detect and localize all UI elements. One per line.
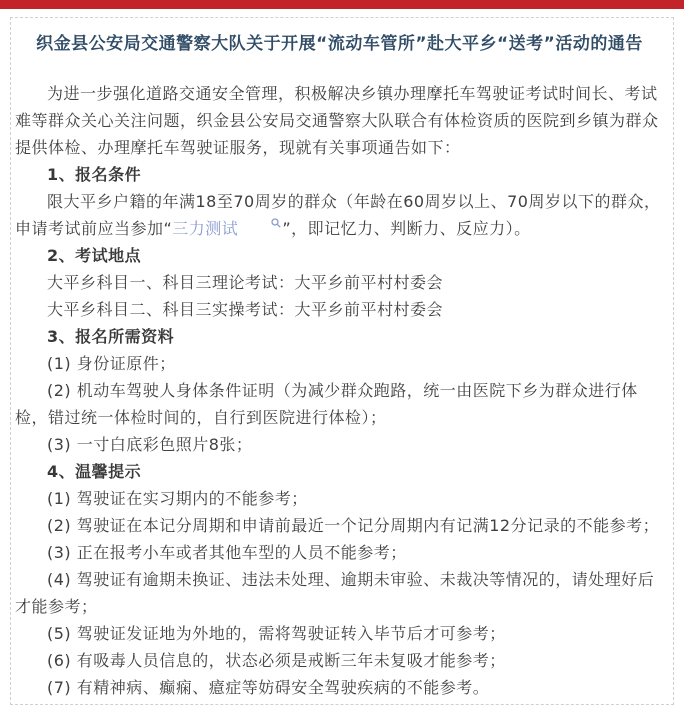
list-item-tip-6: (6) 有吸毒人员信息的，状态必须是戒断三年未复吸才能参考； (15, 647, 664, 674)
top-accent-bar (0, 0, 684, 9)
list-item-materials-3: (3) 一寸白底彩色照片8张； (15, 431, 664, 458)
list-item-tip-7: (7) 有精神病、癫痫、癔症等妨碍安全驾驶疾病的不能参考。 (15, 674, 664, 701)
section-heading-3: 3、报名所需资料 (15, 323, 664, 350)
intro-paragraph: 为进一步强化道路交通安全管理，积极解决乡镇办理摩托车驾驶证考试时间长、考试难等群… (15, 80, 664, 161)
exam-location-line-2: 大平乡科目二、科目三实操考试：大平乡前平村村委会 (15, 296, 664, 323)
sanli-test-link[interactable]: 三力测试 (172, 219, 282, 238)
list-item-materials-2: (2) 机动车驾驶人身体条件证明（为减少群众跑路，统一由医院下乡为群众进行体检，… (15, 377, 664, 431)
section-heading-2: 2、考试地点 (15, 242, 664, 269)
exam-location-line-1: 大平乡科目一、科目三理论考试：大平乡前平村村委会 (15, 269, 664, 296)
section-heading-1: 1、报名条件 (15, 161, 664, 188)
list-item-materials-1: (1) 身份证原件； (15, 350, 664, 377)
list-item-tip-1: (1) 驾驶证在实习期内的不能参考； (15, 485, 664, 512)
search-icon (239, 218, 281, 231)
eligibility-text-after: ”，即记忆力、判断力、反应力）。 (282, 219, 530, 238)
notice-frame: 织金县公安局交通警察大队关于开展“流动车管所”赴大平乡“送考”活动的通告 为进一… (10, 17, 674, 705)
notice-title: 织金县公安局交通警察大队关于开展“流动车管所”赴大平乡“送考”活动的通告 (15, 32, 664, 56)
list-item-tip-2: (2) 驾驶证在本记分周期和申请前最近一个记分周期内有记满12分记录的不能参考； (15, 512, 664, 539)
section-heading-4: 4、温馨提示 (15, 458, 664, 485)
list-item-tip-3: (3) 正在报考小车或者其他车型的人员不能参考； (15, 539, 664, 566)
sanli-test-link-label: 三力测试 (172, 219, 238, 238)
list-item-tip-5: (5) 驾驶证发证地为外地的，需将驾驶证转入毕节后才可参考； (15, 620, 664, 647)
eligibility-paragraph: 限大平乡户籍的年满18至70周岁的群众（年龄在60周岁以上、70周岁以下的群众，… (15, 188, 664, 242)
list-item-tip-4: (4) 驾驶证有逾期未换证、违法未处理、逾期未审验、未裁决等情况的，请处理好后才… (15, 566, 664, 620)
